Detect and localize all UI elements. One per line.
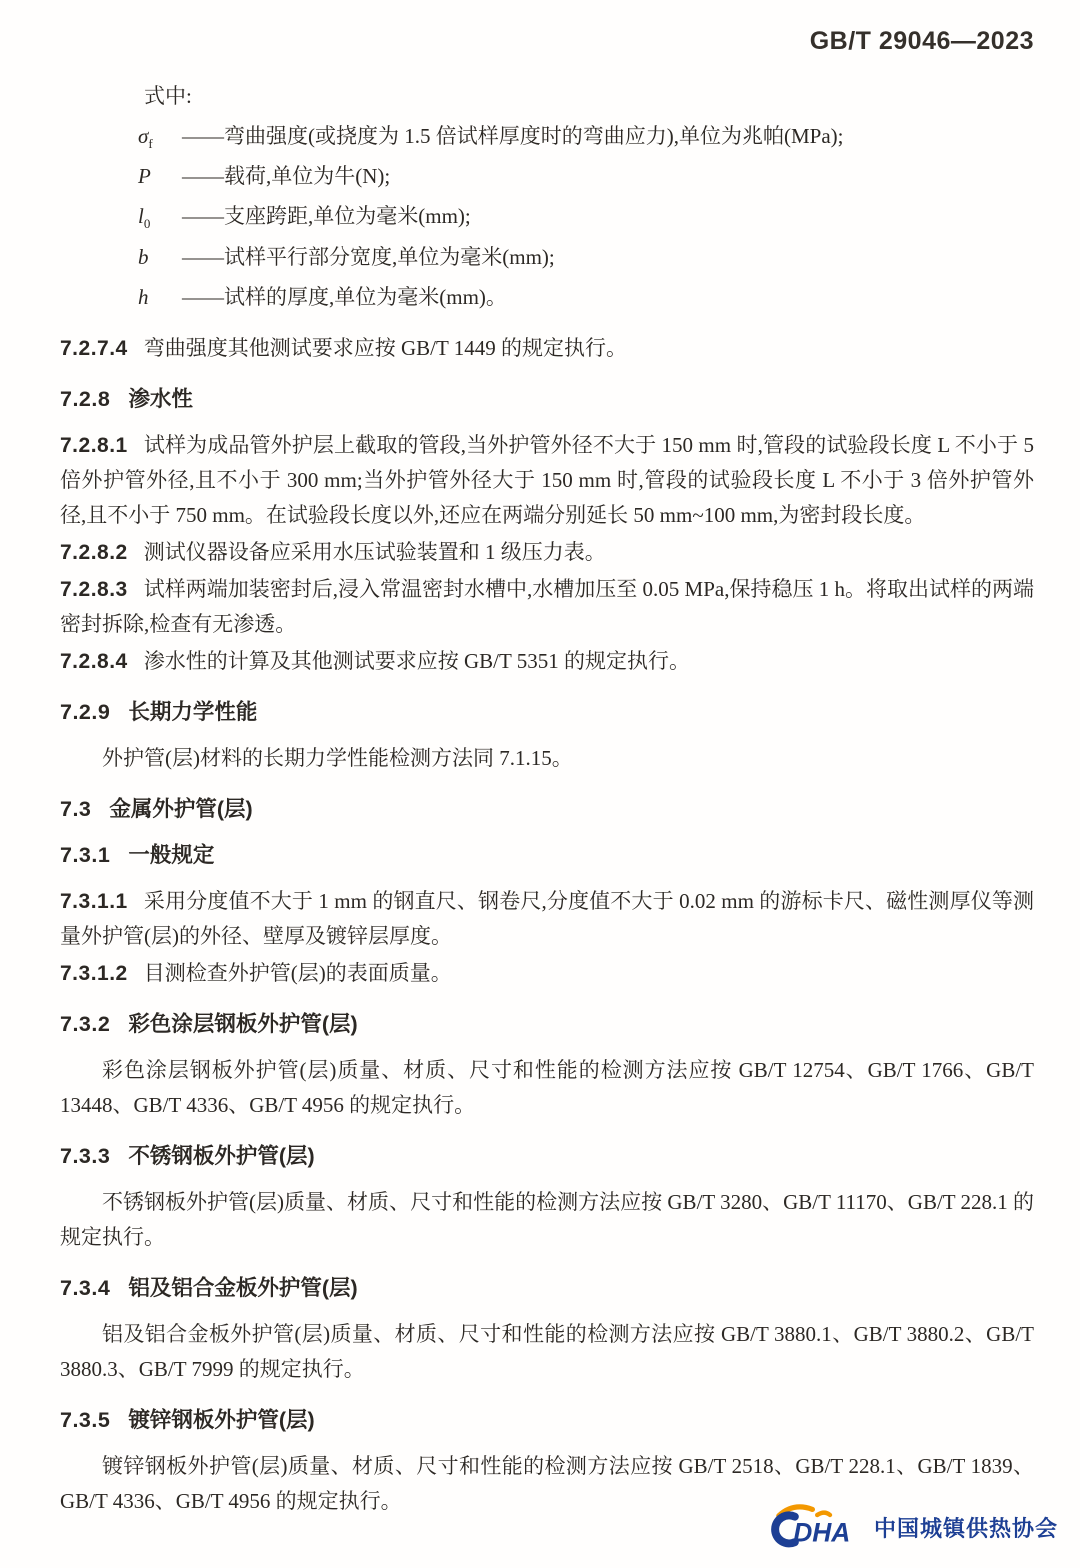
paragraph-7-3-2: 彩色涂层钢板外护管(层)质量、材质、尺寸和性能的检测方法应按 GB/T 1275… — [60, 1053, 1034, 1123]
formula-var-b: b ——试样平行部分宽度,单位为毫米(mm); — [138, 241, 1034, 281]
clause-7-2-8-3: 7.2.8.3试样两端加装密封后,浸入常温密封水槽中,水槽加压至 0.05 MP… — [60, 572, 1034, 642]
cdha-logo-mark-icon: DHA — [766, 1502, 866, 1552]
formula-var-l0: l0 ——支座跨距,单位为毫米(mm); — [138, 200, 1034, 240]
formula-symbol: P — [138, 160, 182, 200]
clause-7-2-8-2: 7.2.8.2测试仪器设备应采用水压试验装置和 1 级压力表。 — [60, 535, 1034, 570]
clause-7-2-8-1: 7.2.8.1试样为成品管外护层上截取的管段,当外护管外径不大于 150 mm … — [60, 428, 1034, 533]
paragraph-7-3-3: 不锈钢板外护管(层)质量、材质、尺寸和性能的检测方法应按 GB/T 3280、G… — [60, 1185, 1034, 1255]
formula-var-sigma: σf ——弯曲强度(或挠度为 1.5 倍试样厚度时的弯曲应力),单位为兆帕(MP… — [138, 120, 1034, 160]
heading-7-3: 7.3金属外护管(层) — [60, 796, 1034, 822]
heading-7-3-4: 7.3.4铝及铝合金板外护管(层) — [60, 1275, 1034, 1301]
standard-number: GB/T 29046—2023 — [60, 0, 1034, 56]
heading-7-3-2: 7.3.2彩色涂层钢板外护管(层) — [60, 1011, 1034, 1037]
association-name: 中国城镇供热协会 — [874, 1512, 1058, 1543]
heading-7-3-5: 7.3.5镀锌钢板外护管(层) — [60, 1407, 1034, 1433]
formula-symbol: l0 — [138, 200, 182, 240]
heading-7-2-9: 7.2.9长期力学性能 — [60, 699, 1034, 725]
formula-var-p: P ——载荷,单位为牛(N); — [138, 160, 1034, 200]
clause-7-2-8-4: 7.2.8.4渗水性的计算及其他测试要求应按 GB/T 5351 的规定执行。 — [60, 644, 1034, 679]
formula-var-h: h ——试样的厚度,单位为毫米(mm)。 — [138, 281, 1034, 321]
heading-7-3-3: 7.3.3不锈钢板外护管(层) — [60, 1143, 1034, 1169]
paragraph-7-3-4: 铝及铝合金板外护管(层)质量、材质、尺寸和性能的检测方法应按 GB/T 3880… — [60, 1317, 1034, 1387]
paragraph-7-2-9: 外护管(层)材料的长期力学性能检测方法同 7.1.15。 — [60, 741, 1034, 776]
formula-desc: ——载荷,单位为牛(N); — [182, 160, 1034, 200]
formula-symbol: b — [138, 241, 182, 281]
heading-7-3-1: 7.3.1一般规定 — [60, 842, 1034, 868]
formula-symbol: h — [138, 281, 182, 321]
document-page: GB/T 29046—2023 式中: σf ——弯曲强度(或挠度为 1.5 倍… — [0, 0, 1080, 1568]
formula-desc: ——试样平行部分宽度,单位为毫米(mm); — [182, 241, 1034, 281]
formula-desc: ——支座跨距,单位为毫米(mm); — [182, 200, 1034, 240]
clause-7-3-1-2: 7.3.1.2目测检查外护管(层)的表面质量。 — [60, 956, 1034, 991]
clause-7-3-1-1: 7.3.1.1采用分度值不大于 1 mm 的钢直尺、钢卷尺,分度值不大于 0.0… — [60, 884, 1034, 954]
svg-text:DHA: DHA — [793, 1517, 850, 1547]
formula-desc: ——弯曲强度(或挠度为 1.5 倍试样厚度时的弯曲应力),单位为兆帕(MPa); — [182, 120, 1034, 160]
clause-7-2-7-4: 7.2.7.4弯曲强度其他测试要求应按 GB/T 1449 的规定执行。 — [60, 331, 1034, 366]
formula-intro: 式中: — [144, 82, 1034, 110]
formula-symbol: σf — [138, 120, 182, 160]
heading-7-2-8: 7.2.8渗水性 — [60, 386, 1034, 412]
formula-desc: ——试样的厚度,单位为毫米(mm)。 — [182, 281, 1034, 321]
cdha-logo: DHA 中国城镇供热协会 — [766, 1502, 1058, 1552]
